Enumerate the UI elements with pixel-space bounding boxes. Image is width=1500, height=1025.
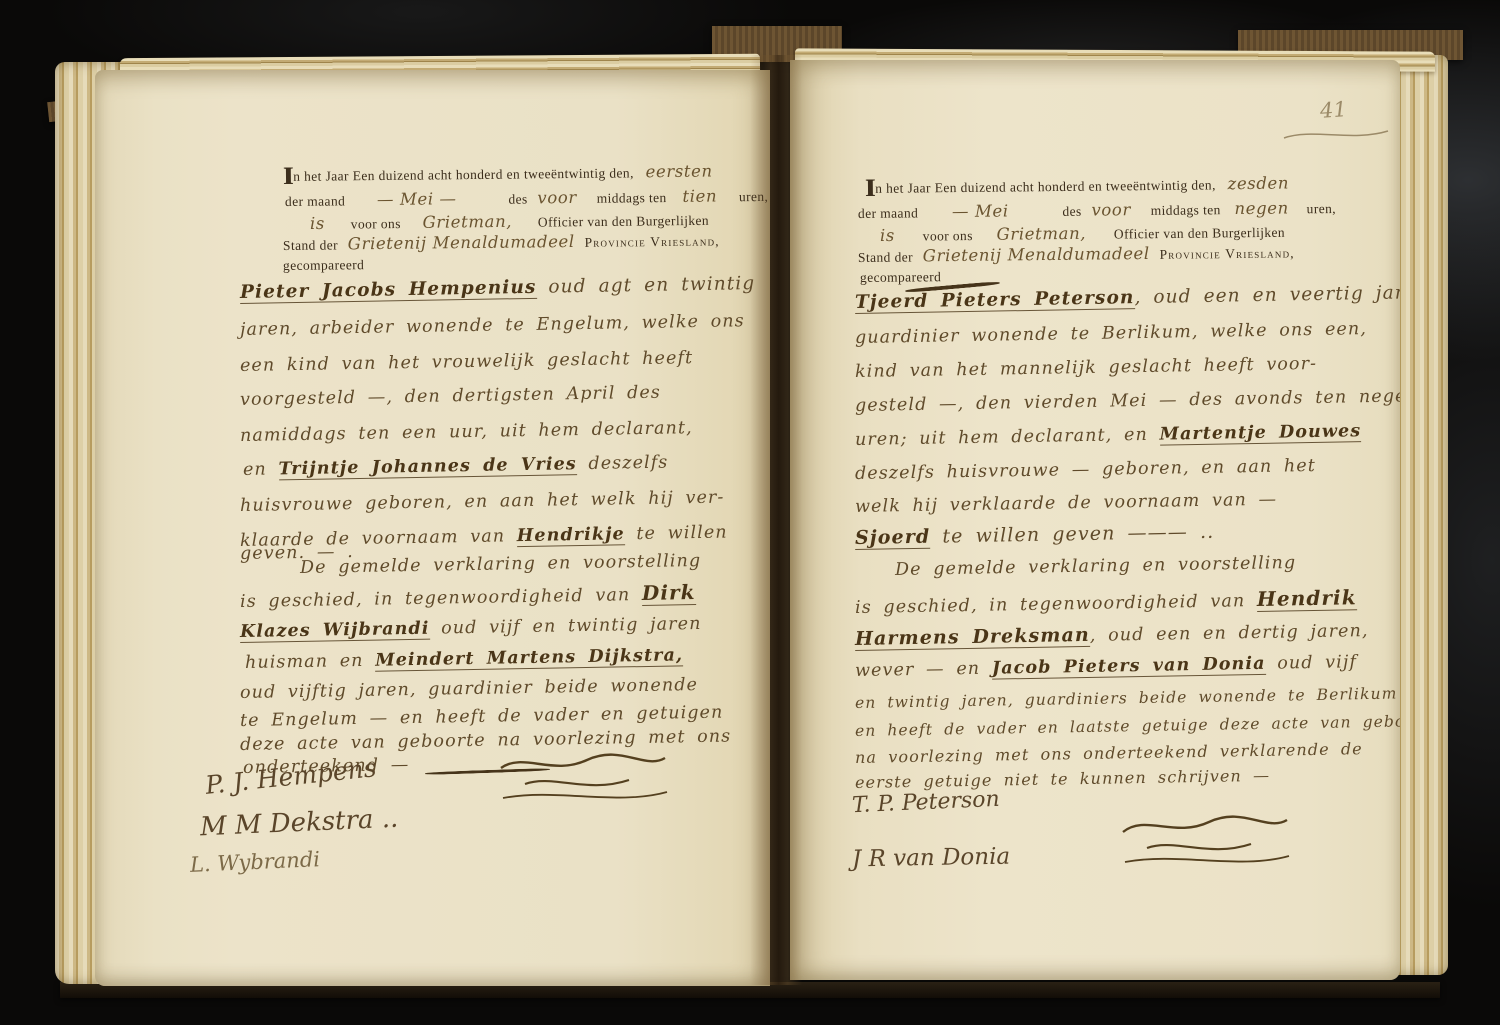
signature-father: T. P. Peterson <box>852 787 1001 818</box>
filled-in-hour: negen <box>1234 198 1289 218</box>
filled-in-daypart: voor <box>537 188 577 207</box>
form-header-line: Stand der Grietenij Menaldumadeel Provin… <box>283 230 720 254</box>
form-header-line: gecompareerd <box>283 257 364 274</box>
form-header-line: In het Jaar Een duizend acht honderd en … <box>283 162 713 185</box>
manuscript-line: gesteld —, den vierden Mei — des avonds … <box>855 386 1400 416</box>
form-header-line: der maand — Mei — des voor middags ten t… <box>285 186 768 210</box>
manuscript-line: huisman en Meindert Martens Dijkstra, <box>245 645 684 673</box>
manuscript-line: huisvrouwe geboren, en aan het welk hij … <box>240 488 725 516</box>
page-edge-stack-right <box>1392 55 1448 975</box>
manuscript-line: te Engelum — en heeft de vader en getuig… <box>240 703 724 731</box>
form-header-line: is voor ons Grietman, Officier van den B… <box>880 222 1285 245</box>
filled-in-official: Grietman, <box>422 212 512 232</box>
form-header-line: is voor ons Grietman, Officier van den B… <box>310 210 709 233</box>
folio-flourish <box>1282 126 1392 142</box>
signature-witness: L. Wybrandi <box>190 847 321 877</box>
signature-witness: M M Dekstra .. <box>199 804 398 843</box>
manuscript-line: kind van het mannelijk geslacht heeft vo… <box>855 354 1317 382</box>
filled-in-word: is <box>310 214 325 233</box>
manuscript-line: voorgesteld —, den dertigsten April des <box>240 383 661 410</box>
filled-in-month: — Mei — <box>377 189 457 209</box>
book-gutter <box>750 55 802 985</box>
manuscript-line: is geschied, in tegenwoordigheid van Dir… <box>240 580 696 612</box>
manuscript-line: Sjoerd te willen geven ——— .. <box>855 521 1215 549</box>
form-header-line: Stand der Grietenij Menaldumadeel Provin… <box>858 242 1295 266</box>
manuscript-line: is geschied, in tegenwoordigheid van Hen… <box>855 585 1357 618</box>
form-header-line: der maand — Mei des voor middags ten neg… <box>858 198 1336 222</box>
manuscript-line: een kind van het vrouwelijk geslacht hee… <box>240 348 694 376</box>
manuscript-line: en heeft de vader en laatste getuige dez… <box>855 712 1400 740</box>
manuscript-line: De gemelde verklaring en voorstelling <box>300 551 702 578</box>
scanned-register-spread: In het Jaar Een duizend acht honderd en … <box>0 0 1500 1025</box>
manuscript-line: namiddags ten een uur, uit hem declarant… <box>240 418 693 446</box>
form-header-line: gecompareerd <box>860 269 941 286</box>
form-header-line: In het Jaar Een duizend acht honderd en … <box>865 174 1289 197</box>
filled-in-municipality: Grietenij Menaldumadeel <box>923 244 1150 265</box>
manuscript-line: en Trijntje Johannes de Vries deszelfs <box>243 453 669 480</box>
filled-in-official: Grietman, <box>996 224 1086 244</box>
signature-witness: J R van Donia <box>852 844 1011 873</box>
right-page: 41 In het Jaar Een duizend acht honderd … <box>790 60 1400 980</box>
manuscript-line: guardinier wonende te Berlikum, welke on… <box>855 319 1367 348</box>
official-signature <box>1115 808 1295 870</box>
filled-in-hour: tien <box>682 186 717 205</box>
manuscript-line: en twintig jaren, guardiniers beide wone… <box>855 685 1398 712</box>
manuscript-line: eerste getuige niet te kunnen schrijven … <box>855 766 1270 792</box>
filled-in-month: — Mei <box>952 201 1009 221</box>
manuscript-line: deszelfs huisvrouwe — geboren, en aan he… <box>855 456 1316 484</box>
manuscript-line: welk hij verklaarde de voornaam van — <box>855 490 1278 517</box>
manuscript-line: jaren, arbeider wonende te Engelum, welk… <box>240 311 745 340</box>
manuscript-line: Pieter Jacobs Hempenius oud agt en twint… <box>240 273 756 303</box>
drop-cap: I <box>283 163 293 190</box>
manuscript-line: na voorlezing met ons onderteekend verkl… <box>855 739 1363 767</box>
filled-in-word: is <box>880 226 895 245</box>
left-page: In het Jaar Een duizend acht honderd en … <box>95 70 770 986</box>
filled-in-day: zesden <box>1227 174 1289 194</box>
filled-in-municipality: Grietenij Menaldumadeel <box>348 232 575 253</box>
manuscript-line: Klazes Wijbrandi oud vijf en twintig jar… <box>240 614 702 642</box>
manuscript-line: oud vijftig jaren, guardinier beide wone… <box>240 675 698 703</box>
manuscript-line: uren; uit hem declarant, en Martentje Do… <box>855 421 1362 450</box>
manuscript-line: wever — en Jacob Pieters van Donia oud v… <box>855 652 1357 681</box>
manuscript-line: Harmens Dreksman, oud een en dertig jare… <box>855 619 1369 650</box>
drop-cap: I <box>865 175 875 202</box>
official-signature <box>495 748 675 806</box>
filled-in-day: eersten <box>645 162 712 182</box>
filled-in-daypart: voor <box>1091 200 1131 219</box>
manuscript-line: De gemelde verklaring en voorstelling <box>895 553 1297 580</box>
folio-number: 41 <box>1319 97 1347 123</box>
